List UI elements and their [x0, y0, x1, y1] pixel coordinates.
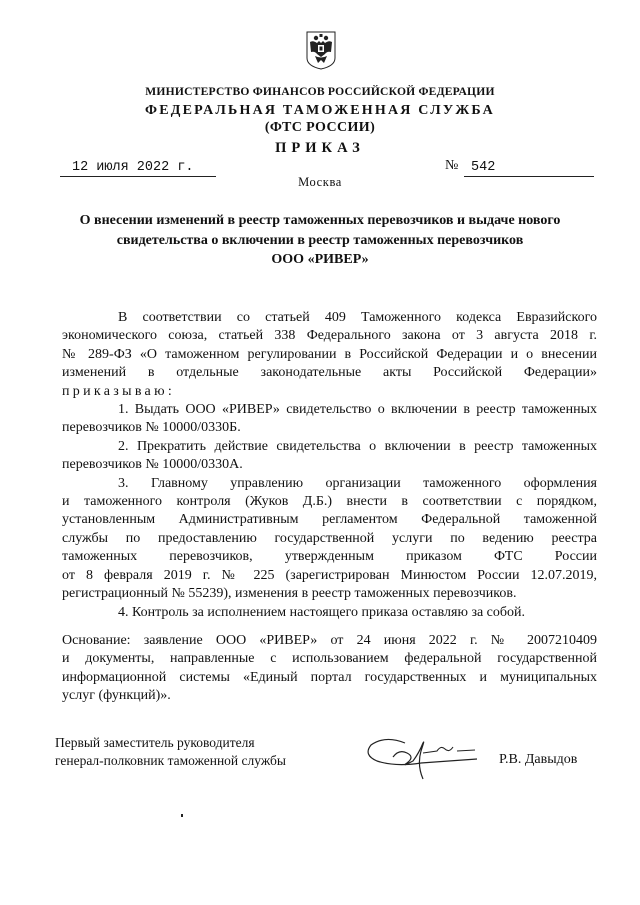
basis-line: и документы, направленные с использовани… [62, 650, 597, 668]
preamble-line: экономического союза, статьей 338 Федера… [62, 327, 597, 345]
preamble-line: № 289-ФЗ «О таможенном регулировании в Р… [62, 346, 597, 364]
order-body: В соответствии со статьей 409 Таможенног… [62, 309, 597, 622]
signer-position-line-2: генерал-полковник таможенной службы [55, 752, 286, 770]
item-3-line: установленным Административным регламент… [62, 511, 597, 529]
preamble-line: В соответствии со статьей 409 Таможенног… [62, 309, 597, 327]
preamble-line: изменений в отдельные законодательные ак… [62, 364, 597, 382]
basis-line: Основание: заявление ООО «РИВЕР» от 24 и… [62, 632, 597, 650]
document-page: МИНИСТЕРСТВО ФИНАНСОВ РОССИЙСКОЙ ФЕДЕРАЦ… [0, 0, 640, 905]
title-line-2: свидетельства о включении в реестр тамож… [0, 231, 640, 251]
order-date: 12 июля 2022 г. [72, 160, 194, 175]
item-3-line: службы по предоставлению государственной… [62, 530, 597, 548]
number-sign: № [445, 158, 458, 174]
item-3-line: таможенных перевозчиков, утвержденным пр… [62, 548, 597, 566]
item-3-line: регистрационный № 55239), изменения в ре… [62, 585, 597, 603]
agency-name: ФЕДЕРАЛЬНАЯ ТАМОЖЕННАЯ СЛУЖБА [0, 103, 640, 119]
ministry-name: МИНИСТЕРСТВО ФИНАНСОВ РОССИЙСКОЙ ФЕДЕРАЦ… [0, 85, 640, 98]
item-3-line: и таможенного контроля (Жуков Д.Б.) внес… [62, 493, 597, 511]
item-3-line: 3. Главному управлению организации тамож… [62, 475, 597, 493]
order-number: 542 [471, 160, 495, 175]
basis-section: Основание: заявление ООО «РИВЕР» от 24 и… [62, 632, 597, 706]
item-2-line: 2. Прекратить действие свидетельства о в… [62, 438, 597, 456]
signer-position-line-1: Первый заместитель руководителя [55, 734, 286, 752]
document-title: О внесении изменений в реестр таможенных… [0, 211, 640, 270]
order-word: приказываю: [62, 383, 597, 401]
signer-position: Первый заместитель руководителя генерал-… [55, 734, 286, 770]
handwritten-signature-icon [365, 735, 485, 787]
basis-line: информационной системы «Единый портал го… [62, 669, 597, 687]
document-type: ПРИКАЗ [0, 140, 640, 157]
signer-name: Р.В. Давыдов [499, 752, 577, 768]
agency-short-name: (ФТС РОССИИ) [0, 120, 640, 136]
stray-mark [181, 814, 183, 817]
basis-line: услуг (функций)». [62, 687, 597, 705]
item-2-line: перевозчиков № 10000/0330А. [62, 456, 597, 474]
item-3-line: от 8 февраля 2019 г. № 225 (зарегистриро… [62, 567, 597, 585]
item-4: 4. Контроль за исполнением настоящего пр… [62, 604, 597, 622]
title-line-3: ООО «РИВЕР» [0, 250, 640, 270]
coat-of-arms-icon [305, 30, 337, 70]
title-line-1: О внесении изменений в реестр таможенных… [0, 211, 640, 231]
item-1-line: 1. Выдать ООО «РИВЕР» свидетельство о вк… [62, 401, 597, 419]
city: Москва [0, 175, 640, 190]
item-1-line: перевозчиков № 10000/0330Б. [62, 419, 597, 437]
